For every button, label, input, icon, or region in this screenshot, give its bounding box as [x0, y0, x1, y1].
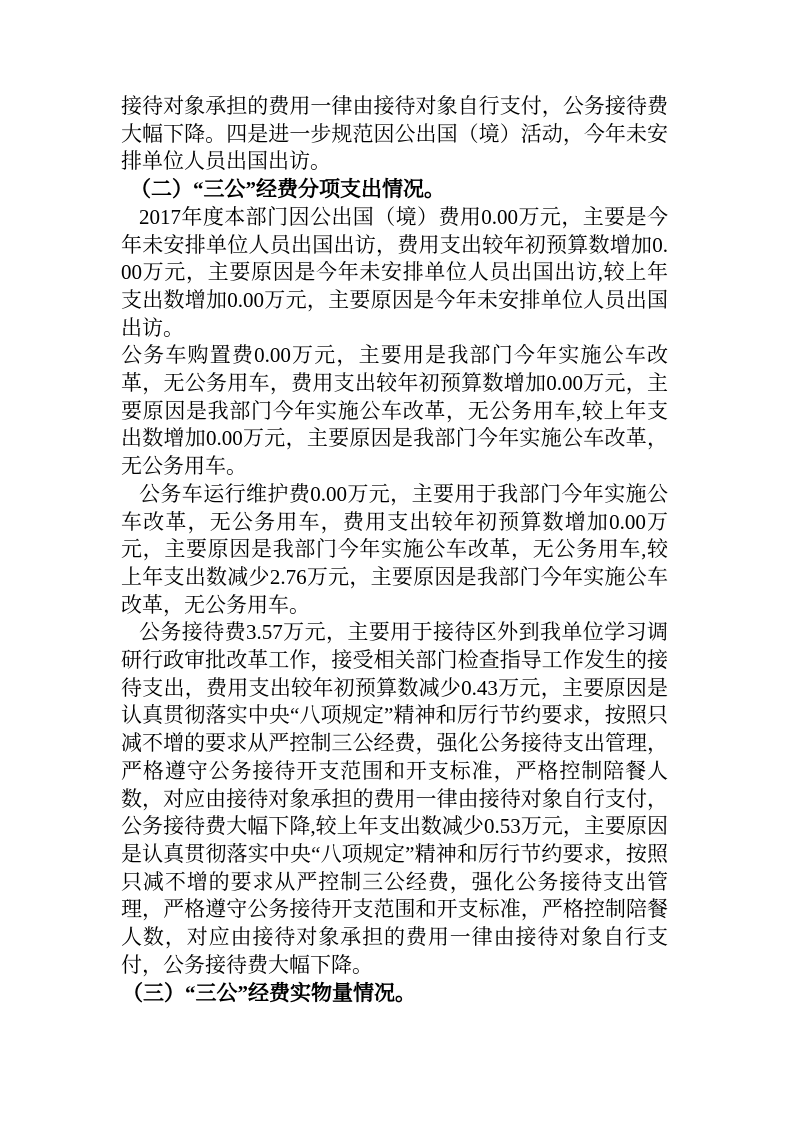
paragraph-abroad-expenses: 2017年度本部门因公出国（境）费用0.00万元，主要是今年未安排单位人员出国出…	[121, 204, 668, 343]
paragraph-official-reception: 公务接待费3.57万元，主要用于接待区外到我单位学习调研行政审批改革工作，接受相…	[121, 619, 668, 979]
document-text-block: 接待对象承担的费用一律由接待对象自行支付，公务接待费大幅下降。四是进一步规范因公…	[121, 93, 668, 1007]
section-heading-3-physical-quantity: （三）“三公”经费实物量情况。	[121, 980, 668, 1008]
document-page: 接待对象承担的费用一律由接待对象自行支付，公务接待费大幅下降。四是进一步规范因公…	[0, 0, 793, 1122]
paragraph-reception-continuation: 接待对象承担的费用一律由接待对象自行支付，公务接待费大幅下降。四是进一步规范因公…	[121, 93, 668, 176]
paragraph-vehicle-maintenance: 公务车运行维护费0.00万元，主要用于我部门今年实施公车改革，无公务用车，费用支…	[121, 481, 668, 620]
paragraph-vehicle-purchase: 公务车购置费0.00万元，主要用是我部门今年实施公车改革，无公务用车，费用支出较…	[121, 342, 668, 481]
section-heading-2-subitem-expenses: （二）“三公”经费分项支出情况。	[121, 176, 668, 204]
